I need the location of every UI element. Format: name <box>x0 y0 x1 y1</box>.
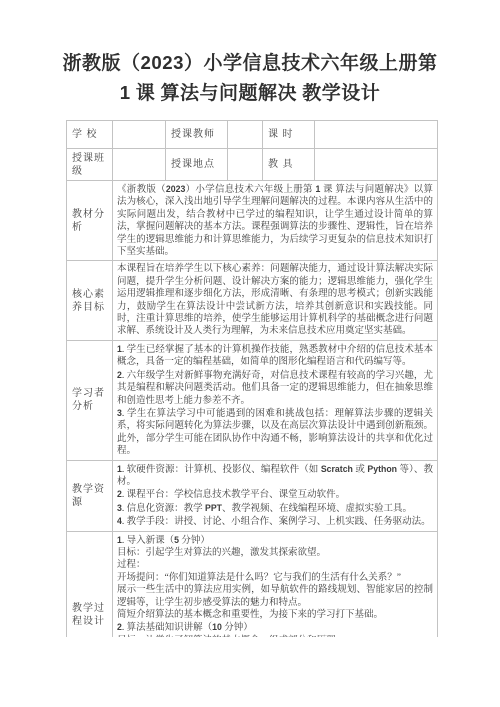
teaching-aids-label: 教 具 <box>263 149 315 181</box>
teaching-class-value <box>113 149 166 181</box>
info-row-1: 学 校 授课教师 课 时 <box>67 121 438 149</box>
section-label: 核心素养目标 <box>67 261 113 340</box>
paragraph: 3. 学生在算法学习中可能遇到的困难和挑战包括：理解算法步骤的逻辑关系，将实际问… <box>117 407 433 458</box>
location-label: 授课地点 <box>166 149 228 181</box>
location-value <box>228 149 263 181</box>
teaching-class-label: 授课班级 <box>67 149 113 181</box>
section-content: 本课程旨在培养学生以下核心素养：问题解决能力，通过设计算法解决实际问题，提升学生… <box>113 261 438 340</box>
section-label: 教材分析 <box>67 181 113 261</box>
teacher-label: 授课教师 <box>166 121 228 149</box>
paragraph: 1. 软硬件资源：计算机、投影仪、编程软件（如 Scratch 或 Python… <box>117 463 433 489</box>
section-row-teaching-resources: 教学资源 1. 软硬件资源：计算机、投影仪、编程软件（如 Scratch 或 P… <box>67 460 438 531</box>
paragraph: 目标：引起学生对算法的兴趣，激发其探索欲望。 <box>117 547 433 559</box>
paragraph: 2. 算法基础知识讲解（10 分钟） <box>117 621 433 634</box>
section-content: 1. 导入新课（5 分钟） 目标：引起学生对算法的兴趣，激发其探索欲望。 过程：… <box>113 531 438 637</box>
page-title: 浙教版（2023）小学信息技术六年级上册第 1 课 算法与问题解决 教学设计 <box>0 48 500 108</box>
class-hours-label: 课 时 <box>263 121 315 149</box>
lesson-plan-table-container: 学 校 授课教师 课 时 授课班级 授课地点 教 具 教材分析 《浙教版（202… <box>66 120 438 637</box>
lesson-plan-table: 学 校 授课教师 课 时 授课班级 授课地点 教 具 教材分析 《浙教版（202… <box>66 120 438 637</box>
document-page: { "title": { "line1": "浙教版（2023）小学信息技术六年… <box>0 0 500 707</box>
paragraph: 4. 教学手段：讲授、讨论、小组合作、案例学习、上机实践、任务驱动法。 <box>117 515 433 528</box>
section-content: 《浙教版（2023）小学信息技术六年级上册第 1 课 算法与问题解决》以算法为核… <box>113 181 438 261</box>
info-row-2: 授课班级 授课地点 教 具 <box>67 149 438 181</box>
section-label: 教学过程设计 <box>67 531 113 637</box>
paragraph: 展示一些生活中的算法应用实例，如导航软件的路线规划、智能家居的控制逻辑等，让学生… <box>117 584 433 609</box>
section-row-teaching-process-design: 教学过程设计 1. 导入新课（5 分钟） 目标：引起学生对算法的兴趣，激发其探索… <box>67 531 438 637</box>
school-label: 学 校 <box>67 121 113 149</box>
paragraph: 开场提问：“你们知道算法是什么吗？它与我们的生活有什么关系？” <box>117 572 433 584</box>
paragraph: 2. 六年级学生对新鲜事物充满好奇，对信息技术课程有较高的学习兴趣，尤其是编程和… <box>117 369 433 407</box>
section-row-core-competency-goals: 核心素养目标 本课程旨在培养学生以下核心素养：问题解决能力，通过设计算法解决实际… <box>67 261 438 340</box>
paragraph: 简短介绍算法的基本概念和重要性，为接下来的学习打下基础。 <box>117 609 433 621</box>
section-label: 教学资源 <box>67 460 113 531</box>
page-title-line1: 浙教版（2023）小学信息技术六年级上册第 <box>0 48 500 78</box>
teaching-aids-value <box>315 149 438 181</box>
section-row-learner-analysis: 学习者分析 1. 学生已经掌握了基本的计算机操作技能，熟悉教材中介绍的信息技术基… <box>67 340 438 460</box>
paragraph: 目标：让学生了解算法的基本概念、组成部分和原理。 <box>117 635 433 637</box>
paragraph: 过程： <box>117 559 433 571</box>
school-value <box>113 121 166 149</box>
class-hours-value <box>315 121 438 149</box>
section-row-textbook-analysis: 教材分析 《浙教版（2023）小学信息技术六年级上册第 1 课 算法与问题解决》… <box>67 181 438 261</box>
section-content: 1. 软硬件资源：计算机、投影仪、编程软件（如 Scratch 或 Python… <box>113 460 438 531</box>
paragraph: 2. 课程平台：学校信息技术教学平台、课堂互动软件。 <box>117 488 433 501</box>
paragraph: 3. 信息化资源：教学 PPT、教学视频、在线编程环境、虚拟实验工具。 <box>117 502 433 515</box>
paragraph: 《浙教版（2023）小学信息技术六年级上册第 1 课 算法与问题解决》以算法为核… <box>117 183 433 258</box>
paragraph: 1. 导入新课（5 分钟） <box>117 534 433 547</box>
paragraph: 1. 学生已经掌握了基本的计算机操作技能，熟悉教材中介绍的信息技术基本概念，具备… <box>117 343 433 369</box>
paragraph: 本课程旨在培养学生以下核心素养：问题解决能力，通过设计算法解决实际问题，提升学生… <box>117 263 433 337</box>
section-content: 1. 学生已经掌握了基本的计算机操作技能，熟悉教材中介绍的信息技术基本概念，具备… <box>113 340 438 460</box>
page-title-line2: 1 课 算法与问题解决 教学设计 <box>0 78 500 108</box>
teacher-value <box>228 121 263 149</box>
section-label: 学习者分析 <box>67 340 113 460</box>
